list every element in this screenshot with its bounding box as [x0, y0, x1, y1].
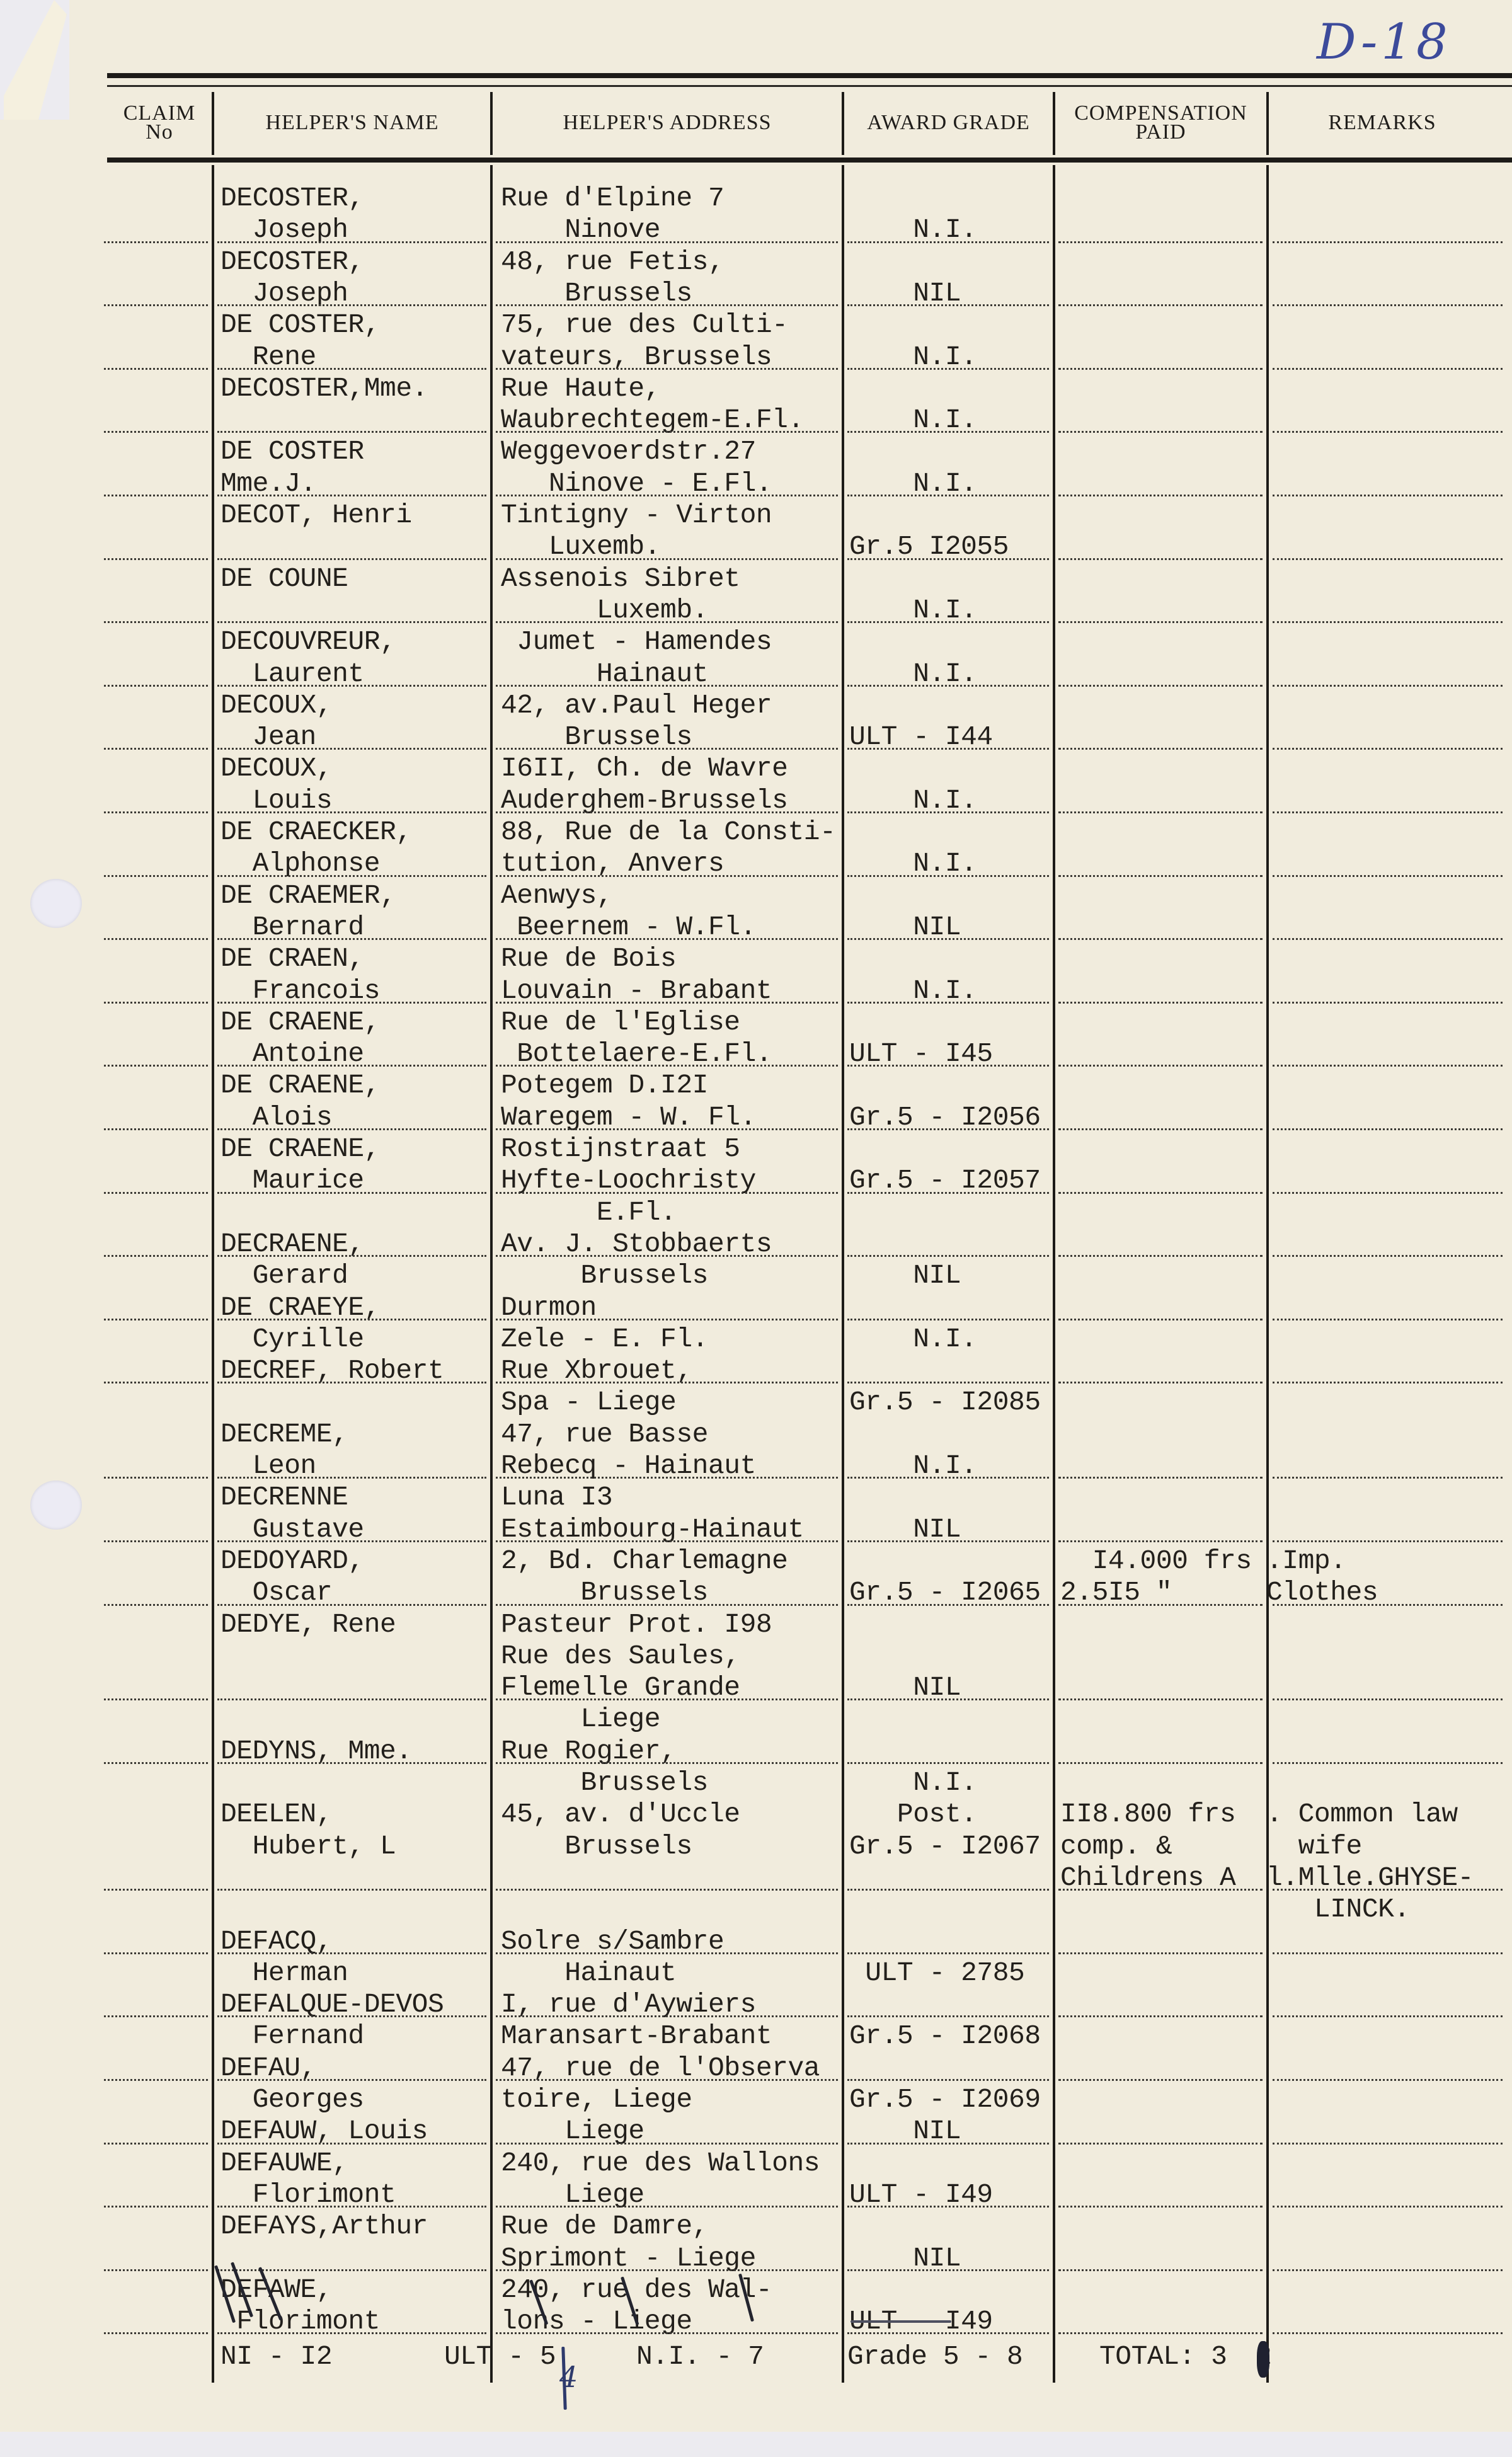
dotted-rule: [1273, 1002, 1503, 1004]
dotted-rule: [1273, 1698, 1503, 1700]
cell-address: Pasteur Prot. I98: [501, 1609, 772, 1641]
cell-address: 240, rue des Wal-: [501, 2274, 772, 2306]
cell-name: DEFAYS,Arthur: [220, 2211, 428, 2242]
dotted-rule: [847, 938, 1049, 940]
header-divider: [212, 92, 214, 155]
cell-award: Gr.5 - I2069: [849, 2084, 1041, 2116]
cell-address: 2, Bd. Charlemagne: [501, 1545, 787, 1577]
dotted-rule: [1058, 2206, 1263, 2208]
dotted-rule: [1058, 2332, 1263, 2334]
cell-address: toire, Liege: [501, 2084, 692, 2116]
cell-name: DE CRAECKER,: [220, 816, 412, 848]
dotted-rule: [104, 558, 208, 560]
header-bottom-rule: [107, 157, 1512, 163]
dotted-rule: [847, 1889, 1049, 1891]
dotted-rule: [217, 304, 486, 306]
column-divider-address: [490, 165, 493, 2383]
dotted-rule: [1273, 875, 1503, 877]
dotted-rule: [496, 1477, 838, 1479]
dotted-rule: [496, 304, 838, 306]
cell-comp: II8.800 frs: [1060, 1799, 1235, 1830]
total-ni-dotted: N.I. - 7: [636, 2341, 764, 2373]
punch-hole-upper: [30, 879, 82, 928]
dotted-rule: [104, 685, 208, 687]
cell-award: N.I.: [849, 1767, 976, 1799]
dotted-rule: [104, 304, 208, 306]
dotted-rule: [847, 2143, 1049, 2145]
cell-award: NIL: [849, 1260, 961, 1291]
punch-hole-lower: [30, 1480, 82, 1530]
dotted-rule: [1273, 2206, 1503, 2208]
dotted-rule: [1058, 1128, 1263, 1130]
dotted-rule: [104, 938, 208, 940]
cell-address: Assenois Sibret: [501, 563, 740, 595]
dotted-rule: [217, 1604, 486, 1606]
dotted-rule: [217, 2332, 486, 2334]
dotted-rule: [217, 685, 486, 687]
cell-address: Maransart-Brabant: [501, 2020, 772, 2052]
dotted-rule: [217, 431, 486, 433]
dotted-rule: [104, 1192, 208, 1194]
dotted-rule: [217, 1477, 486, 1479]
dotted-rule: [496, 2143, 838, 2145]
dotted-rule: [847, 2206, 1049, 2208]
dotted-rule: [1273, 558, 1503, 560]
dotted-rule: [1273, 685, 1503, 687]
header-divider: [842, 92, 844, 155]
cell-address: Jumet - Hamendes: [501, 626, 772, 658]
cell-name: DE CRAENE,: [220, 1007, 380, 1038]
dotted-rule: [1058, 495, 1263, 496]
dotted-rule: [1058, 748, 1263, 750]
dotted-rule: [217, 558, 486, 560]
dotted-rule: [1058, 621, 1263, 623]
dotted-rule: [847, 1762, 1049, 1764]
dotted-rule: [217, 1192, 486, 1194]
dotted-rule: [1273, 2143, 1503, 2145]
header-helpers-name: HELPER'S NAME: [214, 88, 490, 157]
dotted-rule: [847, 431, 1049, 433]
dotted-rule: [217, 875, 486, 877]
dotted-rule: [1058, 2143, 1263, 2145]
cell-name: DECOSTER,: [220, 183, 364, 214]
cell-award: Gr.5 - I2085: [849, 1387, 1041, 1418]
dotted-rule: [217, 1698, 486, 1700]
cell-name: DEDYE, Rene: [220, 1609, 396, 1641]
dotted-rule: [496, 495, 838, 496]
cell-name: DECOUX,: [220, 753, 332, 784]
dotted-rule: [104, 1698, 208, 1700]
dotted-rule: [1058, 431, 1263, 433]
cell-name: DE CRAEMER,: [220, 880, 396, 912]
dotted-rule: [1273, 1604, 1503, 1606]
dotted-rule: [496, 2332, 838, 2334]
cell-name: Herman: [220, 1957, 348, 1989]
dotted-rule: [104, 368, 208, 370]
cell-name: DECOUX,: [220, 690, 332, 721]
dotted-rule: [847, 1540, 1049, 1542]
dotted-rule: [496, 938, 838, 940]
header-claim-no: CLAIM No: [107, 88, 212, 157]
cell-award: ULT - 2785: [849, 1957, 1024, 1989]
dotted-rule: [1273, 368, 1503, 370]
cell-award: N.I.: [849, 1324, 976, 1355]
dotted-rule: [1273, 1065, 1503, 1067]
dotted-rule: [1058, 1319, 1263, 1320]
dotted-rule: [104, 2015, 208, 2017]
dotted-rule: [1273, 811, 1503, 813]
dotted-rule: [496, 621, 838, 623]
dotted-rule: [1058, 2079, 1263, 2081]
dotted-rule: [496, 1698, 838, 1700]
dotted-rule: [496, 2015, 838, 2017]
total-ni: NI - I2: [220, 2341, 332, 2373]
dotted-rule: [1058, 1382, 1263, 1383]
dotted-rule: [104, 1255, 208, 1257]
dotted-rule: [104, 875, 208, 877]
cell-name: DECREME,: [220, 1419, 348, 1450]
cell-remarks: .Imp.: [1266, 1545, 1346, 1577]
cell-name: DE COSTER,: [220, 309, 380, 341]
dotted-rule: [104, 2143, 208, 2145]
dotted-rule: [1273, 431, 1503, 433]
dotted-rule: [847, 2015, 1049, 2017]
column-divider-name: [212, 165, 214, 2383]
cell-address: Liege: [501, 1704, 660, 1735]
dotted-rule: [217, 1002, 486, 1004]
cell-award: Gr.5 - I2068: [849, 2020, 1041, 2052]
cell-address: Spa - Liege: [501, 1387, 676, 1418]
dotted-rule: [1058, 1065, 1263, 1067]
dotted-rule: [217, 1382, 486, 1383]
dotted-rule: [847, 241, 1049, 243]
dotted-rule: [217, 1762, 486, 1764]
dotted-rule: [847, 1477, 1049, 1479]
dotted-rule: [104, 1128, 208, 1130]
dotted-rule: [1058, 1002, 1263, 1004]
dotted-rule: [1058, 558, 1263, 560]
dotted-rule: [496, 1065, 838, 1067]
dotted-rule: [1273, 1889, 1503, 1891]
total-ult: ULT - 5: [444, 2341, 556, 2373]
cell-award: Gr.5 - I2067: [849, 1831, 1041, 1862]
dotted-rule: [496, 1540, 838, 1542]
dotted-rule: [104, 2332, 208, 2334]
dotted-rule: [104, 2269, 208, 2271]
dotted-rule: [847, 1319, 1049, 1320]
dotted-rule: [1058, 2269, 1263, 2271]
dotted-rule: [1273, 1319, 1503, 1320]
header-helpers-address: HELPER'S ADDRESS: [493, 88, 842, 157]
dotted-rule: [217, 1128, 486, 1130]
cell-remarks: . Common law: [1266, 1799, 1458, 1830]
dotted-rule: [217, 241, 486, 243]
dotted-rule: [847, 2079, 1049, 2081]
cell-address: Rue de Bois: [501, 943, 676, 975]
dotted-rule: [847, 558, 1049, 560]
dotted-rule: [847, 368, 1049, 370]
dotted-rule: [1273, 2079, 1503, 2081]
dotted-rule: [1273, 938, 1503, 940]
column-divider-remarks: [1266, 165, 1269, 2383]
header-award-grade: AWARD GRADE: [844, 88, 1053, 157]
dotted-rule: [104, 1319, 208, 1320]
dotted-rule: [847, 1255, 1049, 1257]
page-reference-handwritten: D-18: [1317, 14, 1452, 71]
dotted-rule: [1058, 368, 1263, 370]
dotted-rule: [496, 241, 838, 243]
dotted-rule: [847, 1698, 1049, 1700]
dotted-rule: [1273, 1477, 1503, 1479]
dotted-rule: [217, 811, 486, 813]
dotted-rule: [847, 748, 1049, 750]
cell-name: DECOSTER,Mme.: [220, 373, 428, 404]
dotted-rule: [847, 1604, 1049, 1606]
dotted-rule: [496, 811, 838, 813]
header-divider: [1053, 92, 1055, 155]
cell-name: DE CRAENE,: [220, 1133, 380, 1165]
dotted-rule: [496, 558, 838, 560]
dotted-rule: [496, 368, 838, 370]
dotted-rule: [1273, 2269, 1503, 2271]
cell-address: Weggevoerdstr.27: [501, 436, 756, 467]
cell-award: Post.: [849, 1799, 976, 1830]
dotted-rule: [1273, 2015, 1503, 2017]
dotted-rule: [1273, 241, 1503, 243]
cell-address: Luna I3: [501, 1482, 612, 1513]
cell-address: Hainaut: [501, 1957, 676, 1989]
cell-address: 45, av. d'Uccle: [501, 1799, 740, 1830]
dotted-rule: [217, 1255, 486, 1257]
dotted-rule: [1273, 1540, 1503, 1542]
dotted-rule: [847, 304, 1049, 306]
dotted-rule: [104, 1762, 208, 1764]
dotted-rule: [847, 1192, 1049, 1194]
cell-name: Gerard: [220, 1260, 348, 1291]
dotted-rule: [104, 1002, 208, 1004]
cell-name: DE CRAENE,: [220, 1070, 380, 1101]
dotted-rule: [1273, 2332, 1503, 2334]
dotted-rule: [847, 2269, 1049, 2271]
cell-address: Aenwys,: [501, 880, 612, 912]
cell-name: DE CRAEN,: [220, 943, 364, 975]
cell-address: 42, av.Paul Heger: [501, 690, 772, 721]
cell-address: 88, Rue de la Consti-: [501, 816, 835, 848]
dotted-rule: [496, 2269, 838, 2271]
dotted-rule: [1273, 1128, 1503, 1130]
dotted-rule: [104, 621, 208, 623]
dotted-rule: [1273, 304, 1503, 306]
header-top-thin-rule: [107, 85, 1512, 87]
dotted-rule: [104, 1065, 208, 1067]
cell-address: Rostijnstraat 5: [501, 1133, 740, 1165]
header-divider: [490, 92, 493, 155]
dotted-rule: [496, 1762, 838, 1764]
dotted-rule: [496, 1128, 838, 1130]
header-divider: [1266, 92, 1269, 155]
total-grade5: Grade 5 - 8: [847, 2341, 1022, 2373]
dotted-rule: [1273, 495, 1503, 496]
dotted-rule: [104, 1604, 208, 1606]
dotted-rule: [217, 2269, 486, 2271]
dotted-rule: [104, 1889, 208, 1891]
dotted-rule: [1058, 1540, 1263, 1542]
cell-address: Brussels: [501, 1767, 708, 1799]
dotted-rule: [1273, 1192, 1503, 1194]
dotted-rule: [1273, 621, 1503, 623]
dotted-rule: [104, 1477, 208, 1479]
cell-address: 240, rue des Wallons: [501, 2148, 820, 2179]
dotted-rule: [217, 2143, 486, 2145]
dotted-rule: [1058, 2015, 1263, 2017]
cell-address: Rue des Saules,: [501, 1641, 740, 1672]
dotted-rule: [217, 1540, 486, 1542]
dotted-rule: [1273, 1952, 1503, 1954]
dotted-rule: [1273, 1255, 1503, 1257]
cell-address: Rue Haute,: [501, 373, 660, 404]
dotted-rule: [847, 495, 1049, 496]
dotted-rule: [104, 1540, 208, 1542]
dotted-rule: [104, 431, 208, 433]
dotted-rule: [496, 1192, 838, 1194]
cell-address: Zele - E. Fl.: [501, 1324, 708, 1355]
dotted-rule: [496, 748, 838, 750]
cell-name: DEFAUWE,: [220, 2148, 348, 2179]
dotted-rule: [496, 1002, 838, 1004]
cell-address: Rue d'Elpine 7: [501, 183, 724, 214]
cell-name: Hubert, L: [220, 1831, 396, 1862]
cancel-stroke-award: [850, 2320, 951, 2323]
dotted-rule: [496, 431, 838, 433]
dotted-rule: [1058, 1477, 1263, 1479]
dotted-rule: [217, 1065, 486, 1067]
dotted-rule: [1058, 1889, 1263, 1891]
cell-comp: I4.000 frs: [1060, 1545, 1252, 1577]
cell-address: 48, rue Fetis,: [501, 246, 724, 278]
dotted-rule: [496, 1604, 838, 1606]
dotted-rule: [217, 748, 486, 750]
dotted-rule: [1273, 748, 1503, 750]
dotted-rule: [104, 2206, 208, 2208]
dotted-rule: [1058, 1762, 1263, 1764]
dotted-rule: [847, 685, 1049, 687]
dotted-rule: [847, 811, 1049, 813]
header-top-rule: [107, 73, 1512, 78]
cell-remarks: wife: [1266, 1831, 1362, 1862]
dotted-rule: [1058, 938, 1263, 940]
dotted-rule: [104, 1382, 208, 1383]
dotted-rule: [104, 241, 208, 243]
cell-address: Brussels: [501, 1260, 708, 1291]
cell-address: Brussels: [501, 1831, 692, 1862]
dotted-rule: [496, 875, 838, 877]
total-count: TOTAL: 3: [1099, 2341, 1227, 2373]
cell-address: I6II, Ch. de Wavre: [501, 753, 787, 784]
dotted-rule: [847, 1952, 1049, 1954]
dotted-rule: [847, 875, 1049, 877]
header-remarks: REMARKS: [1269, 88, 1496, 157]
dotted-rule: [217, 1952, 486, 1954]
cell-name: DECOT, Henri: [220, 500, 412, 531]
cell-remarks: LINCK.: [1266, 1894, 1410, 1925]
dotted-rule: [847, 1065, 1049, 1067]
dotted-rule: [1273, 1382, 1503, 1383]
cell-address: E.Fl.: [501, 1197, 676, 1228]
dotted-rule: [1058, 685, 1263, 687]
dotted-rule: [496, 685, 838, 687]
dotted-rule: [1058, 1192, 1263, 1194]
dotted-rule: [496, 1255, 838, 1257]
dotted-rule: [496, 1319, 838, 1320]
dotted-rule: [496, 2079, 838, 2081]
dotted-rule: [496, 1952, 838, 1954]
dotted-rule: [1058, 241, 1263, 243]
dotted-rule: [1273, 1762, 1503, 1764]
dotted-rule: [847, 2332, 1049, 2334]
dotted-rule: [104, 811, 208, 813]
dotted-rule: [104, 2079, 208, 2081]
cell-name: DE COSTER: [220, 436, 364, 467]
handwritten-correction: 4: [559, 2361, 578, 2393]
dotted-rule: [104, 748, 208, 750]
dotted-rule: [847, 1128, 1049, 1130]
dotted-rule: [847, 621, 1049, 623]
dotted-rule: [496, 1382, 838, 1383]
dotted-rule: [1058, 1604, 1263, 1606]
cell-name: DECOSTER,: [220, 246, 364, 278]
cell-name: DEELEN,: [220, 1799, 332, 1830]
cell-name: Fernand: [220, 2020, 364, 2052]
dotted-rule: [1058, 304, 1263, 306]
cell-address: Potegem D.I2I: [501, 1070, 708, 1101]
dotted-rule: [217, 1319, 486, 1320]
dotted-rule: [104, 495, 208, 496]
header-compensation-paid: COMPENSATION PAID: [1055, 88, 1266, 157]
dotted-rule: [496, 1889, 838, 1891]
cell-address: Tintigny - Virton: [501, 500, 772, 531]
dotted-rule: [1058, 875, 1263, 877]
dotted-rule: [496, 2206, 838, 2208]
cell-name: DECRENNE: [220, 1482, 348, 1513]
dotted-rule: [1058, 1698, 1263, 1700]
cell-address: Rue de Damre,: [501, 2211, 708, 2242]
cell-name: DECOUVREUR,: [220, 626, 396, 658]
dotted-rule: [217, 938, 486, 940]
cell-name: DE COUNE: [220, 563, 348, 595]
dotted-rule: [847, 1382, 1049, 1383]
cell-address: Rue de l'Eglise: [501, 1007, 740, 1038]
dotted-rule: [217, 2015, 486, 2017]
column-divider-compensation: [1053, 165, 1055, 2383]
dotted-rule: [217, 495, 486, 496]
cell-address: 75, rue des Culti-: [501, 309, 787, 341]
cell-name: DEDOYARD,: [220, 1545, 364, 1577]
ink-overstrike-mark: [1257, 2341, 1269, 2378]
column-divider-award: [842, 165, 844, 2383]
cell-comp: comp. &: [1060, 1831, 1172, 1862]
dotted-rule: [847, 1002, 1049, 1004]
dotted-rule: [217, 2206, 486, 2208]
dotted-rule: [1058, 1255, 1263, 1257]
dotted-rule: [104, 1952, 208, 1954]
dotted-rule: [1058, 811, 1263, 813]
dotted-rule: [217, 621, 486, 623]
dotted-rule: [217, 368, 486, 370]
cell-address: 47, rue Basse: [501, 1419, 708, 1450]
dotted-rule: [217, 2079, 486, 2081]
dotted-rule: [1058, 1952, 1263, 1954]
cell-name: Georges: [220, 2084, 364, 2116]
